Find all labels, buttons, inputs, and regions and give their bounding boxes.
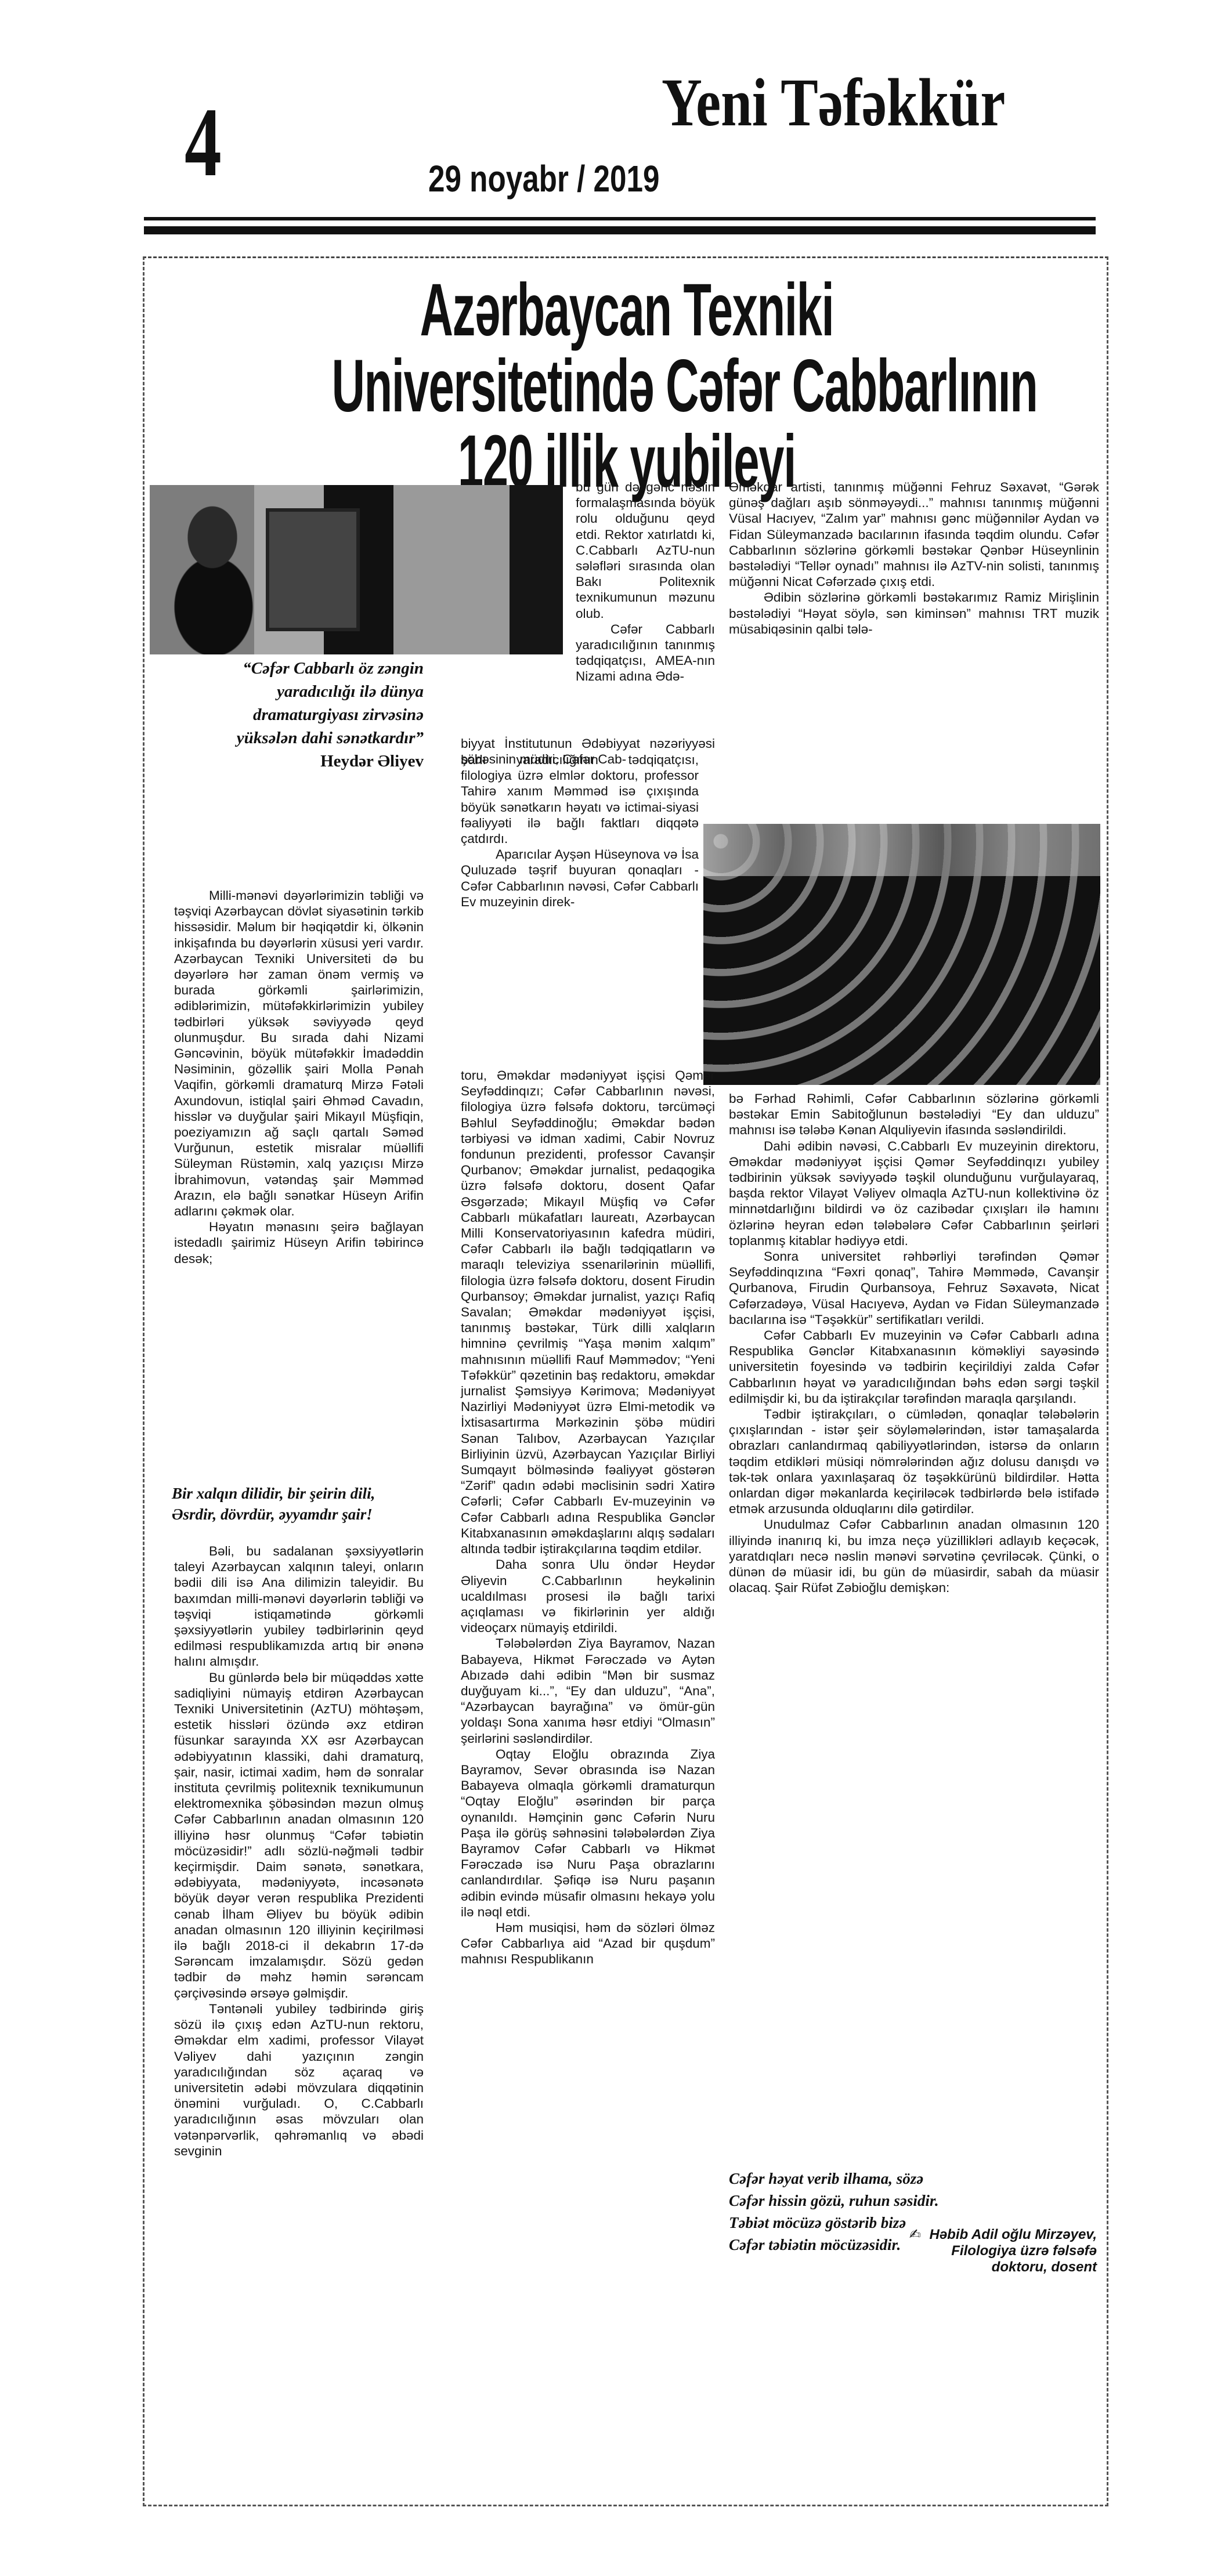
epigraph-quote: “Cəfər Cabbarlı öz zəngin yaradıcılığı i…	[174, 657, 424, 773]
column-3-bottom: bə Fərhad Rəhimli, Cəfər Cabbarlının söz…	[729, 1091, 1099, 1596]
paragraph: Aparıcılar Ayşən Hüseynova və İsa Quluza…	[461, 846, 699, 910]
paragraph: Həyatın mənasını şeirə bağlayan istedadl…	[174, 1219, 424, 1267]
photo-audience	[703, 824, 1100, 1085]
paragraph: Milli-mənəvi dəyərlərimizin təbliği və t…	[174, 888, 424, 1219]
poem-line: Cəfər həyat verib ilhama, sözə	[729, 2168, 1100, 2190]
column-1-top: Milli-mənəvi dəyərlərimizin təbliği və t…	[174, 888, 424, 1267]
paragraph: Təntənəli yubiley tədbirində giriş sözü …	[174, 2001, 424, 2159]
column-2-mid: barlı yaradıcılığının tədqiqatçısı, filo…	[461, 752, 699, 910]
issue-date: 29 noyabr / 2019	[428, 160, 659, 197]
paragraph: Tələbələrdən Ziya Bayramov, Nazan Babaye…	[461, 1636, 715, 1746]
paragraph: bu gün də gənc nəslin formalaşmasında bö…	[576, 479, 715, 621]
paragraph: Əməkdar artisti, tanınmış müğənni Fehruz…	[729, 479, 1099, 589]
column-1-bottom: Bəli, bu sadalanan şəxsiyyətlərin taleyi…	[174, 1543, 424, 2159]
poem-quote-1: Bir xalqın dilidir, bir şeirin dili, Əsr…	[172, 1483, 425, 1525]
paragraph: Sonra universitet rəhbərliyi tərəfindən …	[729, 1249, 1099, 1327]
headline-line-2: Universitetində Cəfər Cabbarlının	[332, 349, 922, 425]
column-3-top: Əməkdar artisti, tanınmış müğənni Fehruz…	[729, 479, 1099, 637]
paragraph: Ədibin sözlərinə görkəmli bəstəkarımız R…	[729, 589, 1099, 637]
author-name: Həbib Adil oğlu Mirzəyev,	[930, 2227, 1097, 2242]
page-number: 4	[185, 93, 222, 191]
headline-line-1: Azərbaycan Texniki	[332, 273, 922, 349]
paragraph: bə Fərhad Rəhimli, Cəfər Cabbarlının söz…	[729, 1091, 1099, 1138]
epigraph-line: yaradıcılığı ilə dünya	[174, 680, 424, 703]
header-rule-thin	[144, 217, 1096, 220]
pen-icon: ✍	[909, 2227, 921, 2242]
paragraph: barlı yaradıcılığının tədqiqatçısı, filo…	[461, 752, 699, 846]
paragraph: Unudulmaz Cəfər Cabbarlının anadan olmas…	[729, 1517, 1099, 1595]
poem-line: Bir xalqın dilidir, bir şeirin dili,	[172, 1483, 425, 1504]
column-2-bottom: toru, Əməkdar mədəniyyət işçisi Qəmər Se…	[461, 1068, 715, 1967]
column-2-narrow-top: bu gün də gənc nəslin formalaşmasında bö…	[576, 479, 715, 685]
author-title: Filologiya üzrə fəlsəfə	[754, 2243, 1097, 2259]
paragraph: Cəfər Cabbarlı yaradıcılığının tanınmış …	[576, 621, 715, 685]
paragraph: Bəli, bu sadalanan şəxsiyyətlərin taleyi…	[174, 1543, 424, 1670]
paragraph: Dahi ədibin nəvəsi, C.Cabbarlı Ev muzeyi…	[729, 1138, 1099, 1249]
author-title: doktoru, dosent	[754, 2259, 1097, 2275]
epigraph-line: dramaturgiyası zirvəsinə	[174, 703, 424, 726]
author-byline: ✍ Həbib Adil oğlu Mirzəyev, Filologiya ü…	[754, 2227, 1097, 2275]
epigraph-author: Heydər Əliyev	[174, 750, 424, 773]
paragraph: toru, Əməkdar mədəniyyət işçisi Qəmər Se…	[461, 1068, 715, 1557]
newspaper-masthead: Yeni Təfəkkür	[662, 68, 1005, 137]
paragraph: Tədbir iştirakçıları, o cümlədən, qonaql…	[729, 1406, 1099, 1517]
poem-line: Əsrdir, dövrdür, əyyamdır şair!	[172, 1504, 425, 1525]
paragraph: Bu günlərdə belə bir müqəddəs xətte sadi…	[174, 1670, 424, 2001]
poem-line: Cəfər hissin gözü, ruhun səsidir.	[729, 2190, 1100, 2212]
paragraph: Həm musiqisi, həm də sözləri ölməz Cəfər…	[461, 1920, 715, 1967]
epigraph-line: “Cəfər Cabbarlı öz zəngin	[174, 657, 424, 680]
paragraph: Oqtay Eloğlu obrazında Ziya Bayramov, Se…	[461, 1746, 715, 1920]
photo-portrait-performers	[150, 485, 563, 654]
epigraph-line: yüksələn dahi sənətkardır”	[174, 726, 424, 750]
article-headline: Azərbaycan Texniki Universitetində Cəfər…	[151, 273, 1103, 500]
paragraph: Cəfər Cabbarlı Ev muzeyinin və Cəfər Cab…	[729, 1327, 1099, 1406]
header-rule-thick	[144, 226, 1096, 234]
paragraph: Daha sonra Ulu öndər Heydər Əliyevin C.C…	[461, 1557, 715, 1636]
